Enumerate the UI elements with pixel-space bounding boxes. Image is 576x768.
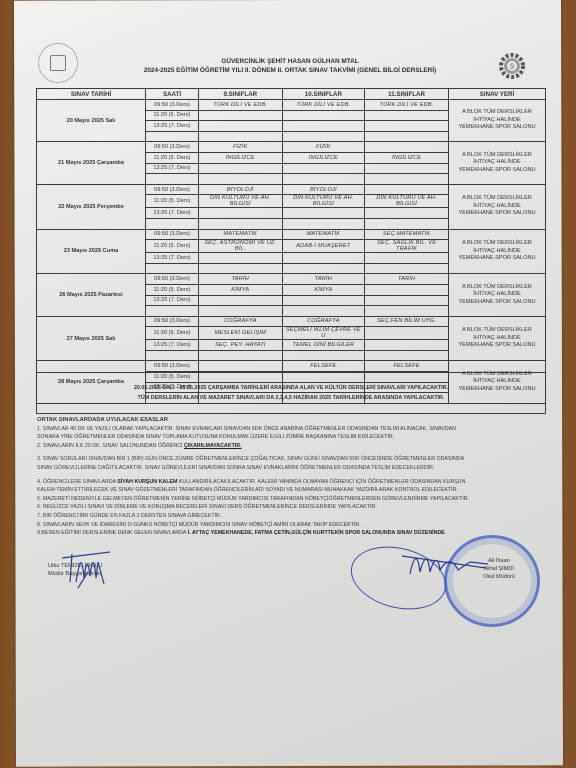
exam-time: 13:25 (7. Ders): [146, 208, 199, 219]
col-header-grade11: 11.SINIFLAR: [365, 89, 449, 100]
rule-item: KALEM TEMİN ETTİRİLECEK VE SINAV GÖZETME…: [37, 486, 547, 495]
exam-date: 22 Mayıs 2025 Perşembe: [37, 184, 146, 229]
exam-time: 09:50 (3.Ders): [146, 274, 199, 285]
exam-time: [146, 263, 199, 274]
exam-subject-grade10: MATEMATİK: [282, 229, 365, 240]
exam-time: [146, 350, 199, 361]
place-line: A BLOK TÜM DERSLİKLER: [451, 240, 543, 248]
exam-time: 13:25 (7. Ders): [146, 295, 199, 306]
exam-subject-grade9: [199, 110, 283, 121]
signer-surname: Nihal ŞİMDİ: [483, 565, 515, 573]
notice-line: 20.05.2025 SALI - 28.05.2025 ÇARŞAMBA TA…: [134, 383, 448, 393]
exam-subject-grade9: SEÇ. ASTRONOMİ VE UZ. BİL.: [199, 240, 283, 253]
exam-subject-grade10: BİYOLOJİ: [282, 184, 365, 195]
exam-date: 26 Mayıs 2025 Pazartesi: [37, 274, 146, 316]
exam-subject-grade10: COĞRAFYA: [282, 316, 365, 327]
exam-place: A BLOK TÜM DERSLİKLERİHTİYAÇ HALİNDEYEME…: [449, 142, 546, 184]
place-line: İHTİYAÇ HALİNDE: [451, 248, 543, 256]
exam-subject-grade11: [365, 253, 449, 264]
exam-subject-grade10: TARİH: [282, 274, 365, 285]
place-line: İHTİYAÇ HALİNDE: [451, 117, 543, 125]
place-line: YEMEKHANE SPOR SALONU: [451, 255, 543, 263]
exam-subject-grade10: KİMYA: [282, 284, 365, 295]
exam-subject-grade10: [282, 163, 365, 174]
place-line: YEMEKHANE SPOR SALONU: [451, 342, 543, 350]
exam-subject-grade9: [199, 263, 283, 274]
exam-period-notice: 20.05.2025 SALI - 28.05.2025 ÇARŞAMBA TA…: [36, 372, 546, 414]
rule-item: 6. İNGİLİZCE YAZILI SINAVI VE DİNLEME VE…: [37, 503, 547, 512]
exam-subject-grade10: [282, 131, 365, 142]
exam-subject-grade10: [282, 121, 365, 132]
handwritten-signature-left: [58, 548, 120, 590]
schedule-title: 2024-2025 EĞİTİM ÖĞRETİM YILI II. DÖNEM …: [60, 66, 520, 75]
notice-line: TÜM DERSLERİN ALAN VE MAZARET SINAVLARI …: [138, 393, 445, 403]
exam-subject-grade11: [365, 218, 449, 229]
exam-time: 13:25 (7. Ders): [146, 121, 199, 132]
place-line: İHTİYAÇ HALİNDE: [451, 203, 543, 211]
exam-subject-grade10: [282, 253, 365, 264]
signature-block-right: Ali İhsan Nihal ŞİMDİ Okul Müdürü: [483, 557, 515, 581]
table-row: 28 Mayıs 2025 Çarşamba09:50 (3.Ders)FELS…: [37, 361, 546, 372]
exam-subject-grade9: [199, 174, 283, 185]
place-line: YEMEKHANE SPOR SALONU: [451, 210, 543, 218]
exam-subject-grade11: [365, 131, 449, 142]
exam-subject-grade10: TEMEL DİNİ BİLGİLER: [282, 340, 365, 351]
exam-subject-grade11: [365, 263, 449, 274]
place-line: YEMEKHANE SPOR SALONU: [451, 167, 543, 175]
signer-name: Ali İhsan: [483, 557, 515, 565]
rule-item: SINAV GÖREVLİLERİNE DAĞITILACAKTIR. SINA…: [37, 464, 547, 473]
place-line: YEMEKHANE SPOR SALONU: [451, 124, 543, 132]
exam-subject-grade9: COĞRAFYA: [199, 316, 283, 327]
exam-time: 09:50 (3.Ders): [146, 316, 199, 327]
exam-subject-grade10: İNGİLİZCE: [282, 152, 365, 163]
handwritten-signature-right: [400, 548, 490, 582]
exam-subject-grade9: [199, 253, 283, 264]
rule-item: 4. ÖĞRENCİLERE SINAVLARDA SİYAH KURŞUN K…: [37, 478, 547, 487]
exam-subject-grade9: MATEMATİK: [199, 229, 283, 240]
exam-subject-grade11: TARİH: [365, 274, 449, 285]
exam-subject-grade11: İNGİLİZCE: [365, 152, 449, 163]
table-row: 20 Mayıs 2025 Salı09:50 (3.Ders)TÜRK DİL…: [37, 100, 546, 111]
exam-time: 13:25 (7. Ders): [146, 340, 199, 351]
place-line: A BLOK TÜM DERSLİKLER: [451, 195, 543, 203]
exam-place: A BLOK TÜM DERSLİKLERİHTİYAÇ HALİNDEYEME…: [449, 274, 546, 316]
exam-time: 11:20 (5. Ders): [146, 240, 199, 253]
exam-subject-grade9: [199, 208, 283, 219]
exam-time: 11:20 (5. Ders): [146, 152, 199, 163]
rule-emphasis: SİYAH KURŞUN KALEM: [117, 479, 177, 485]
col-header-time: SAATİ: [146, 89, 199, 100]
exam-subject-grade9: [199, 131, 283, 142]
place-line: İHTİYAÇ HALİNDE: [451, 159, 543, 167]
exam-subject-grade11: SEÇ.FEN BİLİM UYG.: [365, 316, 449, 327]
exam-subject-grade10: [282, 306, 365, 317]
exam-subject-grade9: MESLEKİ GELİŞİM: [199, 327, 283, 340]
school-name: GÜVERCİNLİK ŞEHİT HASAN GÜLHAN MTAL: [60, 57, 520, 66]
table-row: 27 Mayıs 2025 Salı09:50 (3.Ders)COĞRAFYA…: [37, 316, 546, 327]
rule-emphasis: İ. AYTAÇ YEMEKHANEDE, FATMA ÇETİN,GÜLÇİN…: [188, 530, 445, 536]
exam-date: 27 Mayıs 2025 Salı: [37, 316, 146, 361]
rule-item: 7. BİR ÖĞRENCİ BİR GÜNDE EN FAZLA 3 DERS…: [37, 512, 547, 521]
exam-subject-grade11: [365, 208, 449, 219]
exam-subject-grade11: [365, 350, 449, 361]
exam-time: 11:20 (5. Ders): [146, 284, 199, 295]
exam-subject-grade10: [282, 350, 365, 361]
exam-time: [146, 306, 199, 317]
exam-subject-grade9: [199, 121, 283, 132]
exam-subject-grade11: [365, 306, 449, 317]
exam-subject-grade9: [199, 163, 283, 174]
exam-subject-grade10: [282, 263, 365, 274]
exam-time: [146, 174, 199, 185]
exam-subject-grade11: TÜRK DİLİ VE EDB.: [365, 100, 449, 111]
exam-subject-grade11: [365, 340, 449, 351]
exam-subject-grade11: SEÇ.MATEMATİK: [365, 229, 449, 240]
exam-subject-grade11: FELSEFE: [365, 361, 449, 372]
exam-subject-grade9: [199, 218, 283, 229]
col-header-grade9: 9.SINIFLAR: [199, 89, 283, 100]
exam-subject-grade11: [365, 327, 449, 340]
exam-subject-grade11: [365, 284, 449, 295]
exam-time: 09:50 (3.Ders): [146, 100, 199, 111]
rule-item: 9.BEDEN EĞİTİMİ DERSLERİNE DENK GELEN SI…: [37, 529, 547, 538]
exam-subject-grade10: [282, 295, 365, 306]
table-row: 22 Mayıs 2025 Perşembe09:50 (3.Ders)BİYO…: [37, 184, 546, 195]
exam-subject-grade9: [199, 350, 283, 361]
exam-time: 11:20 (5. Ders): [146, 327, 199, 340]
exam-subject-grade10: [282, 174, 365, 185]
table-header-row: SINAV TARİHİ SAATİ 9.SINIFLAR 10.SINIFLA…: [37, 89, 546, 100]
rule-item: SONARA YİNE ÖĞRETMENLER ODASINDA SINAV T…: [37, 433, 547, 442]
exam-subject-grade10: SEÇMELİ İKLİM ÇEVRE VE U: [282, 327, 365, 340]
exam-time: 13:25 (7. Ders): [146, 253, 199, 264]
exam-subject-grade11: [365, 110, 449, 121]
exam-subject-grade10: [282, 218, 365, 229]
exam-subject-grade11: [365, 142, 449, 153]
exam-subject-grade10: TÜRK DİLİ VE EDB.: [282, 100, 365, 111]
table-row: 23 Mayıs 2025 Cuma09:50 (3.Ders)MATEMATİ…: [37, 229, 546, 240]
exam-subject-grade10: ADAB-I MUAŞERET: [282, 240, 365, 253]
exam-subject-grade11: SEÇ. SAĞLIK BİL. VE TRAFİK: [365, 240, 449, 253]
table-row: 26 Mayıs 2025 Pazartesi09:50 (3.Ders)TAR…: [37, 274, 546, 285]
exam-subject-grade9: TARİH: [199, 274, 283, 285]
place-line: İHTİYAÇ HALİNDE: [451, 335, 543, 343]
exam-subject-grade9: [199, 306, 283, 317]
exam-place: A BLOK TÜM DERSLİKLERİHTİYAÇ HALİNDEYEME…: [449, 229, 546, 274]
exam-time: [146, 131, 199, 142]
rule-item: 8. SINAVLARIN SEVK VE İDARESİNİ O GÜNKÜ …: [37, 521, 547, 530]
place-line: A BLOK TÜM DERSLİKLER: [451, 327, 543, 335]
exam-subject-grade9: [199, 361, 283, 372]
exam-time: [146, 218, 199, 229]
exam-time: 09:50 (3.Ders): [146, 142, 199, 153]
exam-subject-grade9: TÜRK DİLİ VE EDB.: [199, 100, 283, 111]
exam-place: A BLOK TÜM DERSLİKLERİHTİYAÇ HALİNDEYEME…: [449, 100, 546, 142]
exam-date: 23 Mayıs 2025 Cuma: [37, 229, 146, 274]
rules-heading: ORTAK SINAVLARDADA UYULACAK ESASLAR: [37, 416, 547, 425]
col-header-grade10: 10.SINIFLAR: [282, 89, 365, 100]
place-line: İHTİYAÇ HALİNDE: [451, 291, 543, 299]
exam-subject-grade10: FİZİK: [282, 142, 365, 153]
exam-schedule-table: SINAV TARİHİ SAATİ 9.SINIFLAR 10.SINIFLA…: [36, 88, 546, 404]
exam-subject-grade11: [365, 184, 449, 195]
rule-item: 3. SINAV SORULARI SINAVDAN BİR 1 (BİR) G…: [37, 455, 547, 464]
rule-text: KULLANDIRILACAKILACAKTIR. KALEMİ YANINDA…: [177, 479, 465, 485]
exam-date: 21 Mayıs 2025 Çarşamba: [37, 142, 146, 184]
exam-time: 11:20 (5. Ders): [146, 195, 199, 208]
exam-subject-grade9: FİZİK: [199, 142, 283, 153]
exam-subject-grade9: DİN KÜLTÜRÜ VE AH. BİLGİSİ: [199, 195, 283, 208]
table-row: 21 Mayıs 2025 Çarşamba09:50 (3.Ders)FİZİ…: [37, 142, 546, 153]
exam-place: A BLOK TÜM DERSLİKLERİHTİYAÇ HALİNDEYEME…: [449, 316, 546, 361]
exam-time: 13:25 (7. Ders): [146, 163, 199, 174]
rule-text: 9.BEDEN EĞİTİMİ DERSLERİNE DENK GELEN SI…: [37, 530, 188, 536]
place-line: A BLOK TÜM DERSLİKLER: [451, 109, 543, 117]
exam-subject-grade9: SEÇ. PEY. HAYATI: [199, 340, 283, 351]
col-header-date: SINAV TARİHİ: [37, 89, 146, 100]
signer-title: Okul Müdürü: [483, 573, 515, 581]
exam-subject-grade9: KİMYA: [199, 284, 283, 295]
exam-rules: ORTAK SINAVLARDADA UYULACAK ESASLAR 1. S…: [37, 416, 547, 538]
exam-subject-grade9: BİYOLOJİ: [199, 184, 283, 195]
place-line: YEMEKHANE SPOR SALONU: [451, 299, 543, 307]
rule-text: 2. SINAVLARIN İLK 20 DK. SINAV SALONUNDA…: [37, 443, 184, 449]
exam-time: 11:20 (5. Ders): [146, 110, 199, 121]
exam-subject-grade9: İNGİLİZCE: [199, 152, 283, 163]
exam-subject-grade10: FELSEFE: [282, 361, 365, 372]
exam-time: 09:50 (3.Ders): [146, 361, 199, 372]
exam-date: 20 Mayıs 2025 Salı: [37, 100, 146, 142]
exam-place: A BLOK TÜM DERSLİKLERİHTİYAÇ HALİNDEYEME…: [449, 184, 546, 229]
exam-subject-grade11: DİN KÜLTÜRÜ VE AH. BİLGİSİ: [365, 195, 449, 208]
document-header: GÜVERCİNLİK ŞEHİT HASAN GÜLHAN MTAL 2024…: [60, 57, 520, 75]
exam-subject-grade11: [365, 163, 449, 174]
rule-item: 5. MAZERETİ NEDENİYLE GELMEYEN ÖĞRETMENİ…: [37, 495, 547, 504]
exam-subject-grade10: [282, 110, 365, 121]
rule-item: 2. SINAVLARIN İLK 20 DK. SINAV SALONUNDA…: [37, 442, 547, 451]
rule-text: 4. ÖĞRENCİLERE SINAVLARDA: [37, 479, 117, 485]
rule-item: 1. SINAVLAR 40 DK VE YAZILI OLARAK YAPIL…: [37, 425, 547, 434]
col-header-place: SINAV YERİ: [449, 89, 546, 100]
exam-time: 09:50 (3.Ders): [146, 229, 199, 240]
exam-subject-grade11: [365, 295, 449, 306]
exam-time: 09:50 (3.Ders): [146, 184, 199, 195]
exam-subject-grade10: [282, 208, 365, 219]
exam-subject-grade10: DİN KÜLTÜRÜ VE AH. BİLGİSİ: [282, 195, 365, 208]
exam-subject-grade11: [365, 174, 449, 185]
rule-emphasis: ÇIKARILMAYACAKTIR.: [184, 443, 242, 449]
exam-subject-grade9: [199, 295, 283, 306]
exam-subject-grade11: [365, 121, 449, 132]
